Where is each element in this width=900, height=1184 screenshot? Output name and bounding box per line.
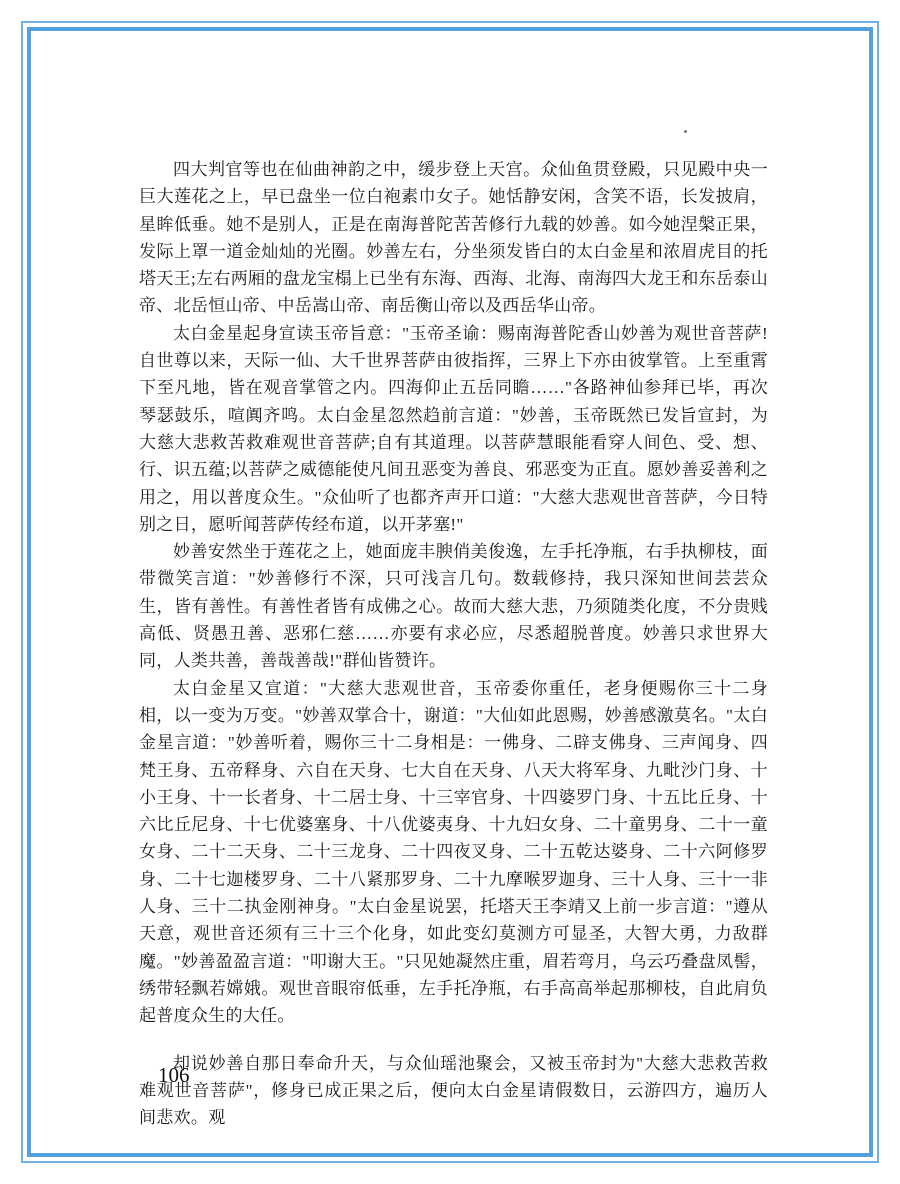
paragraph: 妙善安然坐于莲花之上，她面庞丰腴俏美俊逸，左手托净瓶，右手执柳枝，面带微笑言道：…	[139, 538, 768, 674]
page-text: 四大判官等也在仙曲神韵之中，缓步登上天宫。众仙鱼贯登殿，只见殿中央一巨大莲花之上…	[139, 156, 768, 1131]
paragraph: 四大判官等也在仙曲神韵之中，缓步登上天宫。众仙鱼贯登殿，只见殿中央一巨大莲花之上…	[139, 156, 768, 320]
paragraph: 太白金星起身宣读玉帝旨意："玉帝圣谕：赐南海普陀香山妙善为观世音菩萨! 自世尊以…	[139, 320, 768, 538]
ink-speck	[684, 130, 687, 133]
page-number: 106	[158, 1063, 190, 1088]
book-page: 四大判官等也在仙曲神韵之中，缓步登上天宫。众仙鱼贯登殿，只见殿中央一巨大莲花之上…	[0, 0, 900, 1184]
paragraph: 太白金星又宣道："大慈大悲观世音，玉帝委你重任，老身便赐你三十二身相，以一变为万…	[139, 675, 768, 1030]
paragraph: 却说妙善自那日奉命升天，与众仙瑶池聚会，又被玉帝封为"大慈大悲救苦救难观世音菩萨…	[139, 1050, 768, 1132]
